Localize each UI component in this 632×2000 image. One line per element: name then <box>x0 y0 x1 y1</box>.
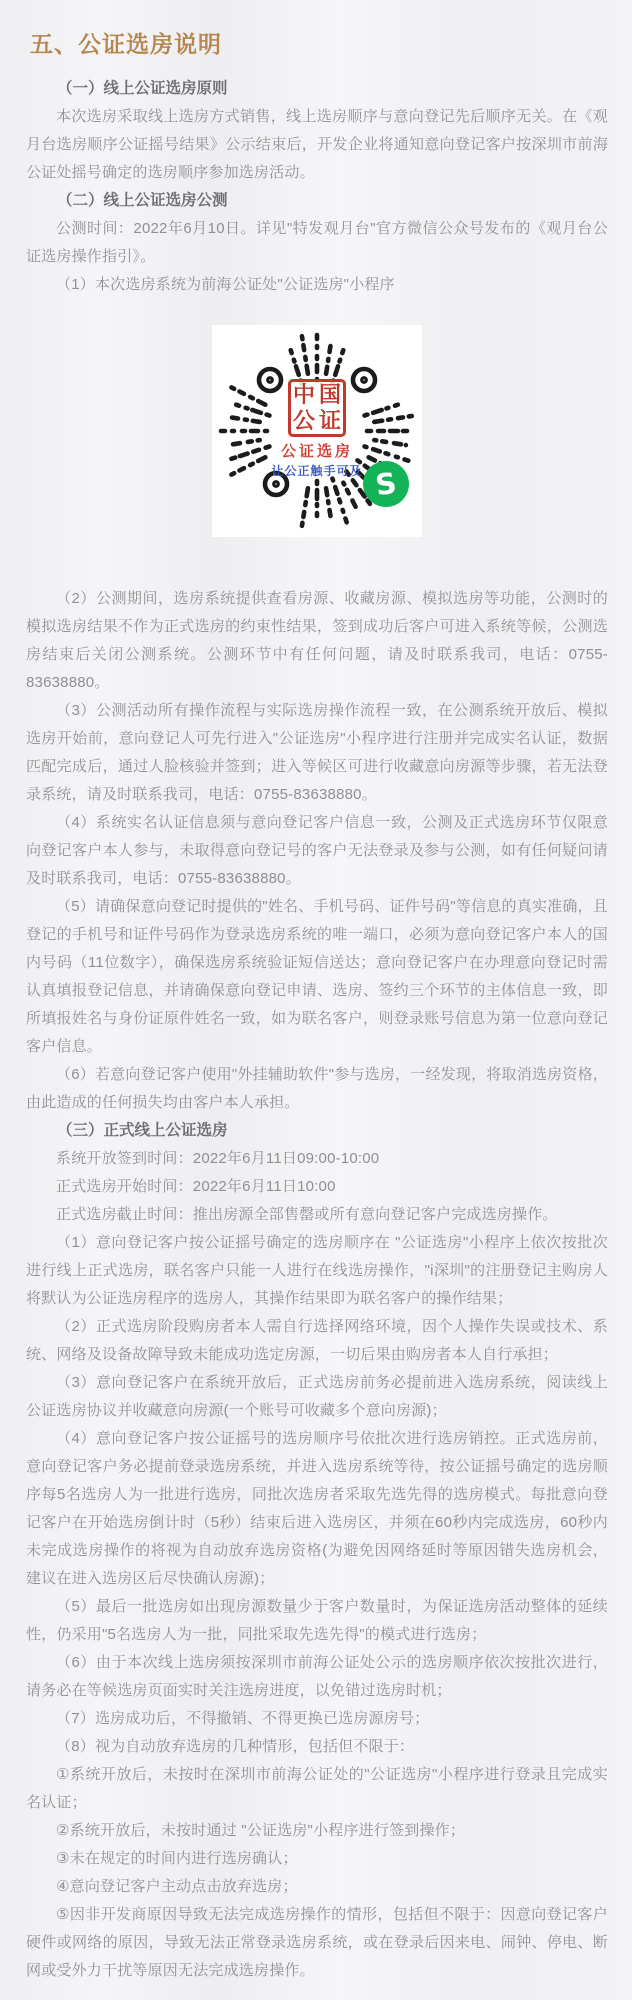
qr-eye-top-right <box>353 369 375 391</box>
paragraph: （2）正式选房阶段购房者本人需自行选择网络环境，因个人操作失误或技术、系统、网络… <box>26 1313 608 1369</box>
paragraph: （5）最后一批选房如出现房源数量少于客户数量时，为保证选房活动整体的延续性，仍采… <box>26 1593 608 1649</box>
page-title: 五、公证选房说明 <box>30 26 608 59</box>
paragraph: （3）公测活动所有操作流程与实际选房操作流程一致，在公测系统开放后、模拟选房开始… <box>26 697 608 809</box>
paragraph: 正式选房截止时间：推出房源全部售罄或所有意向登记客户完成选房操作。 <box>26 1201 608 1229</box>
paragraph: （1）本次选房系统为前海公证处"公证选房"小程序 <box>26 271 608 299</box>
paragraph: 系统开放签到时间：2022年6月11日09:00-10:00 <box>26 1145 608 1173</box>
paragraph: （7）选房成功后，不得撤销、不得更换已选房源房号； <box>26 1705 608 1733</box>
section-1-heading: （一）线上公证选房原则 <box>26 75 608 103</box>
paragraph: （1）意向登记客户按公证摇号确定的选房顺序在 "公证选房"小程序上依次按批次进行… <box>26 1229 608 1313</box>
paragraph: （6）若意向登记客户使用"外挂辅助软件"参与选房，一经发现，将取消选房资格，由此… <box>26 1061 608 1117</box>
section-2-heading: （二）线上公证选房公测 <box>26 187 608 215</box>
qr-code: 中国 公证 公证选房 让公正触手可及 S <box>212 325 422 537</box>
paragraph: ②系统开放后，未按时通过 "公证选房"小程序进行签到操作； <box>26 1817 608 1845</box>
section-3-heading: （三）正式线上公证选房 <box>26 1117 608 1145</box>
paragraph: ④意向登记客户主动点击放弃选房； <box>26 1873 608 1901</box>
paragraph: （2）公测期间，选房系统提供查看房源、收藏房源、模拟选房等功能，公测时的模拟选房… <box>26 585 608 697</box>
qr-eye-bottom-left <box>265 473 287 495</box>
paragraph: ⑤因非开发商原因导致无法完成选房操作的情形，包括但不限于：因意向登记客户硬件或网… <box>26 1901 608 1985</box>
paragraph: 正式选房开始时间：2022年6月11日10:00 <box>26 1173 608 1201</box>
paragraph: （3）意向登记客户在系统开放后，正式选房前务必提前进入选房系统，阅读线上公证选房… <box>26 1369 608 1425</box>
paragraph: 本次选房采取线上选房方式销售，线上选房顺序与意向登记先后顺序无关。在《观月台选房… <box>26 103 608 187</box>
paragraph: （6）由于本次线上选房须按深圳市前海公证处公示的选房顺序依次按批次进行，请务必在… <box>26 1649 608 1705</box>
paragraph: （4）意向登记客户按公证摇号的选房顺序号依批次进行选房销控。正式选房前，意向登记… <box>26 1425 608 1593</box>
qr-code-block: 中国 公证 公证选房 让公正触手可及 S <box>26 325 608 537</box>
paragraph: （5）请确保意向登记时提供的"姓名、手机号码、证件号码"等信息的真实准确，且登记… <box>26 893 608 1061</box>
document-page: 五、公证选房说明 （一）线上公证选房原则 本次选房采取线上选房方式销售，线上选房… <box>0 0 632 1995</box>
paragraph: （8）视为自动放弃选房的几种情形，包括但不限于： <box>26 1733 608 1761</box>
paragraph: 公测时间：2022年6月10日。详见"特发观月台"官方微信公众号发布的《观月台公… <box>26 215 608 271</box>
paragraph: ①系统开放后，未按时在深圳市前海公证处的"公证选房"小程序进行登录且完成实名认证… <box>26 1761 608 1817</box>
paragraph: ③未在规定的时间内进行选房确认； <box>26 1845 608 1873</box>
qr-eye-top-left <box>259 369 281 391</box>
paragraph: （4）系统实名认证信息须与意向登记客户信息一致，公测及正式选房环节仅限意向登记客… <box>26 809 608 893</box>
